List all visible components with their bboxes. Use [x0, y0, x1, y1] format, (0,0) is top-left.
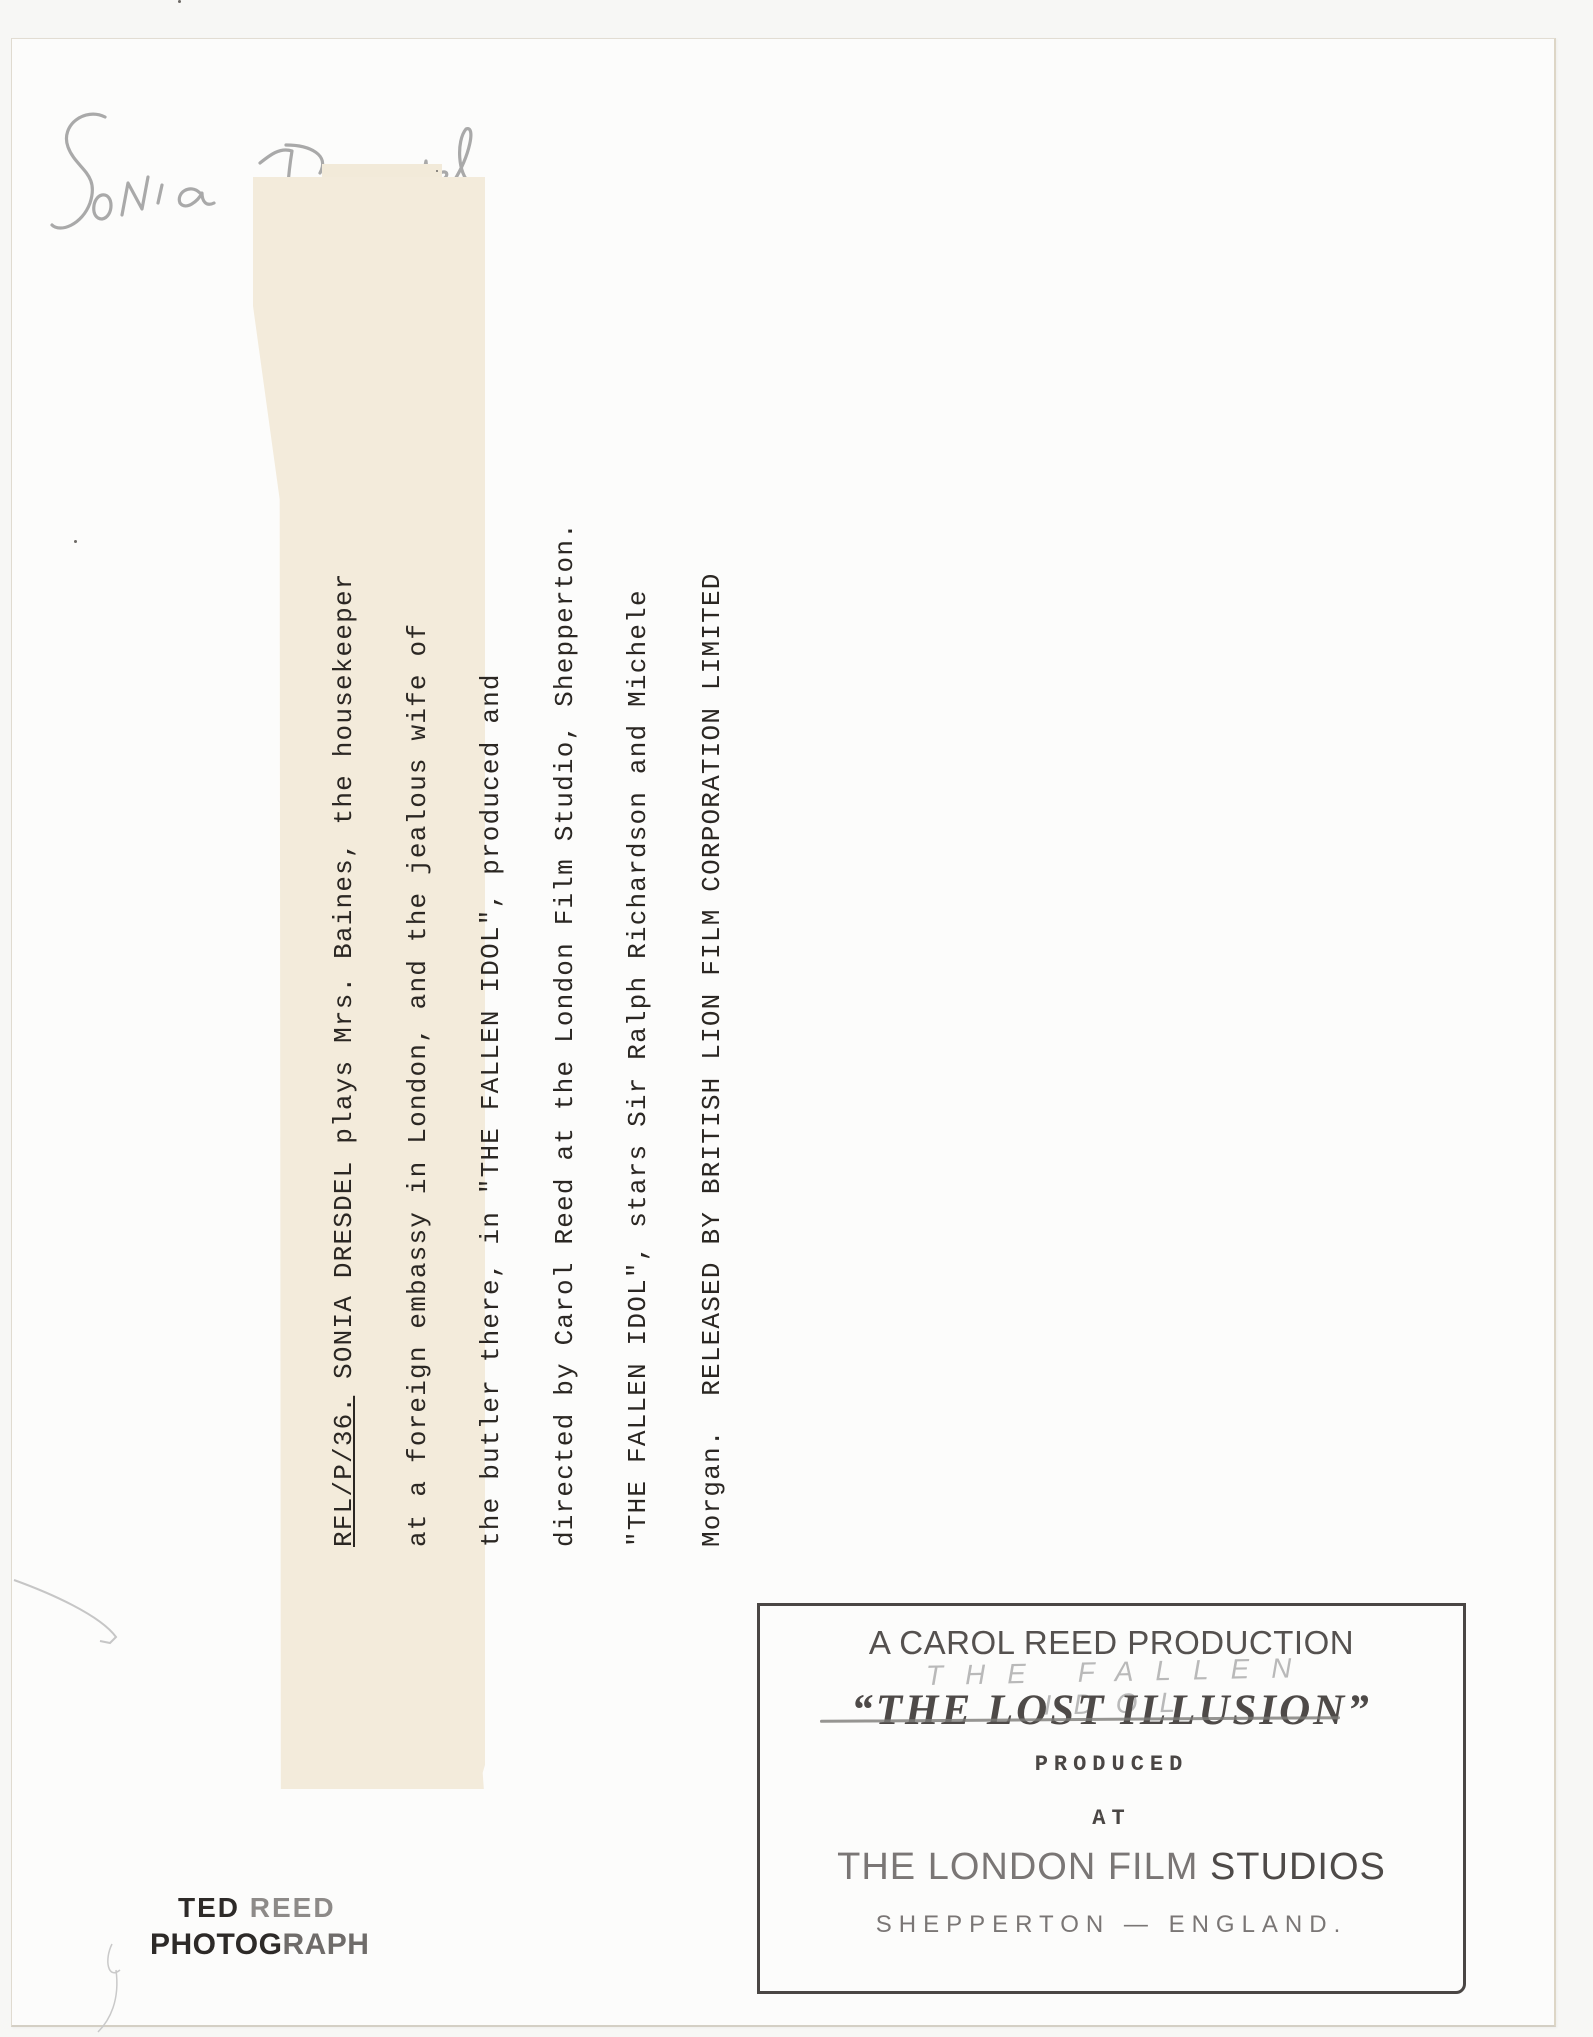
speck	[1100, 1815, 1102, 1817]
speck	[436, 170, 438, 172]
caption-line-1: RFL/P/36. SONIA DRESDEL plays Mrs. Baine…	[332, 357, 357, 1547]
studio-name: THE LONDON FILM STUDIOS	[760, 1846, 1463, 1889]
pencil-mark-icon	[10, 1575, 130, 1645]
caption-line-6: Morgan. RELEASED BY BRITISH LION FILM CO…	[700, 357, 725, 1547]
speck	[74, 540, 77, 543]
caption-line-4: directed by Carol Reed at the London Fil…	[553, 357, 578, 1547]
studio-location: SHEPPERTON — ENGLAND.	[760, 1911, 1463, 1939]
caption-line-3: the butler there, in "THE FALLEN IDOL", …	[479, 357, 504, 1547]
photographer-name: TED REED	[150, 1892, 410, 1924]
caption-reference: RFL/P/36.	[329, 1396, 359, 1547]
struck-film-title: “THE LOST ILLUSION”	[760, 1686, 1463, 1735]
stamp-at: AT	[760, 1806, 1463, 1831]
stamp-produced: PRODUCED	[760, 1752, 1463, 1777]
caption-line-5: "THE FALLEN IDOL", stars Sir Ralph Richa…	[626, 357, 651, 1547]
pencil-scribble-icon	[90, 1940, 140, 2035]
typed-caption: RFL/P/36. SONIA DRESDEL plays Mrs. Baine…	[283, 357, 773, 1547]
studio-stamp: A CAROL REED PRODUCTION THE FALLEN IDOL …	[757, 1603, 1466, 1994]
photographer-stamp: TED REED PHOTOGRAPH	[150, 1892, 410, 1962]
photograph-label: PHOTOGRAPH	[150, 1928, 410, 1962]
speck	[178, 0, 181, 3]
caption-slip-text-area: RFL/P/36. SONIA DRESDEL plays Mrs. Baine…	[253, 177, 485, 1789]
caption-line-2: at a foreign embassy in London, and the …	[406, 357, 431, 1547]
